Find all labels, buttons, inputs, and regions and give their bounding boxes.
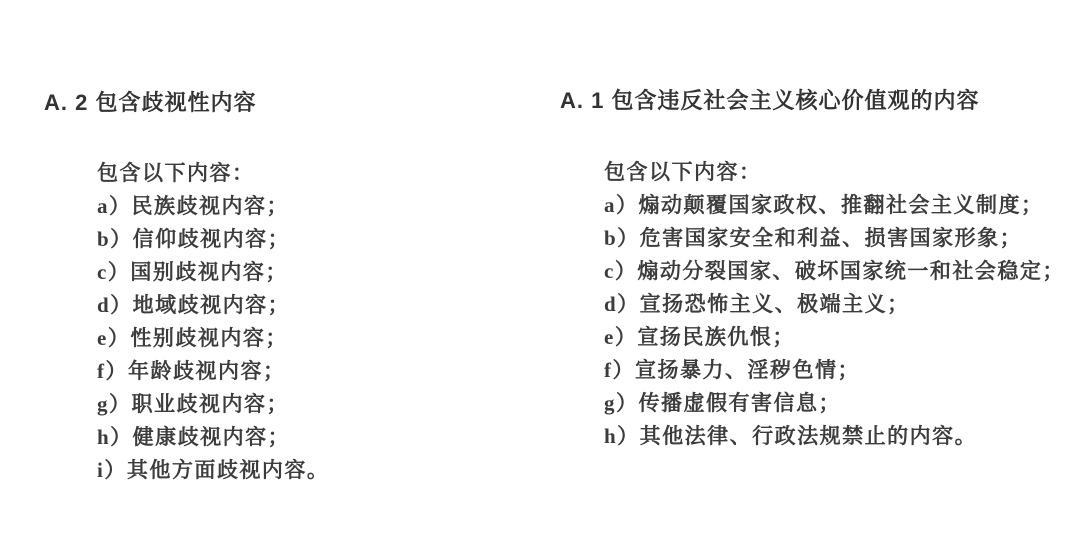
- section-a1-heading: A. 1 包含违反社会主义核心价值观的内容: [560, 88, 979, 114]
- list-item: f）年龄歧视内容；: [97, 355, 329, 388]
- list-intro: 包含以下内容：: [97, 157, 329, 190]
- list-item: e）性别歧视内容；: [97, 322, 329, 355]
- section-a1-list: 包含以下内容： a）煽动颠覆国家政权、推翻社会主义制度； b）危害国家安全和利益…: [604, 156, 1065, 453]
- list-item: a）煽动颠覆国家政权、推翻社会主义制度；: [604, 189, 1065, 222]
- list-item: b）信仰歧视内容；: [97, 223, 329, 256]
- document-page: A. 2 包含歧视性内容 包含以下内容： a）民族歧视内容； b）信仰歧视内容；…: [0, 0, 1080, 540]
- list-intro: 包含以下内容：: [604, 156, 1065, 189]
- section-a2-heading: A. 2 包含歧视性内容: [44, 90, 256, 116]
- list-item: f）宣扬暴力、淫秽色情；: [604, 354, 1065, 387]
- list-item: h）其他法律、行政法规禁止的内容。: [604, 420, 1065, 453]
- list-item: g）传播虚假有害信息；: [604, 387, 1065, 420]
- list-item: g）职业歧视内容；: [97, 388, 329, 421]
- list-item: d）宣扬恐怖主义、极端主义；: [604, 288, 1065, 321]
- list-item: d）地域歧视内容；: [97, 289, 329, 322]
- list-item: c）煽动分裂国家、破坏国家统一和社会稳定；: [604, 255, 1065, 288]
- list-item: i）其他方面歧视内容。: [97, 454, 329, 487]
- list-item: a）民族歧视内容；: [97, 190, 329, 223]
- list-item: c）国别歧视内容；: [97, 256, 329, 289]
- list-item: e）宣扬民族仇恨；: [604, 321, 1065, 354]
- list-item: b）危害国家安全和利益、损害国家形象；: [604, 222, 1065, 255]
- list-item: h）健康歧视内容；: [97, 421, 329, 454]
- section-a2-list: 包含以下内容： a）民族歧视内容； b）信仰歧视内容； c）国别歧视内容； d）…: [97, 157, 329, 487]
